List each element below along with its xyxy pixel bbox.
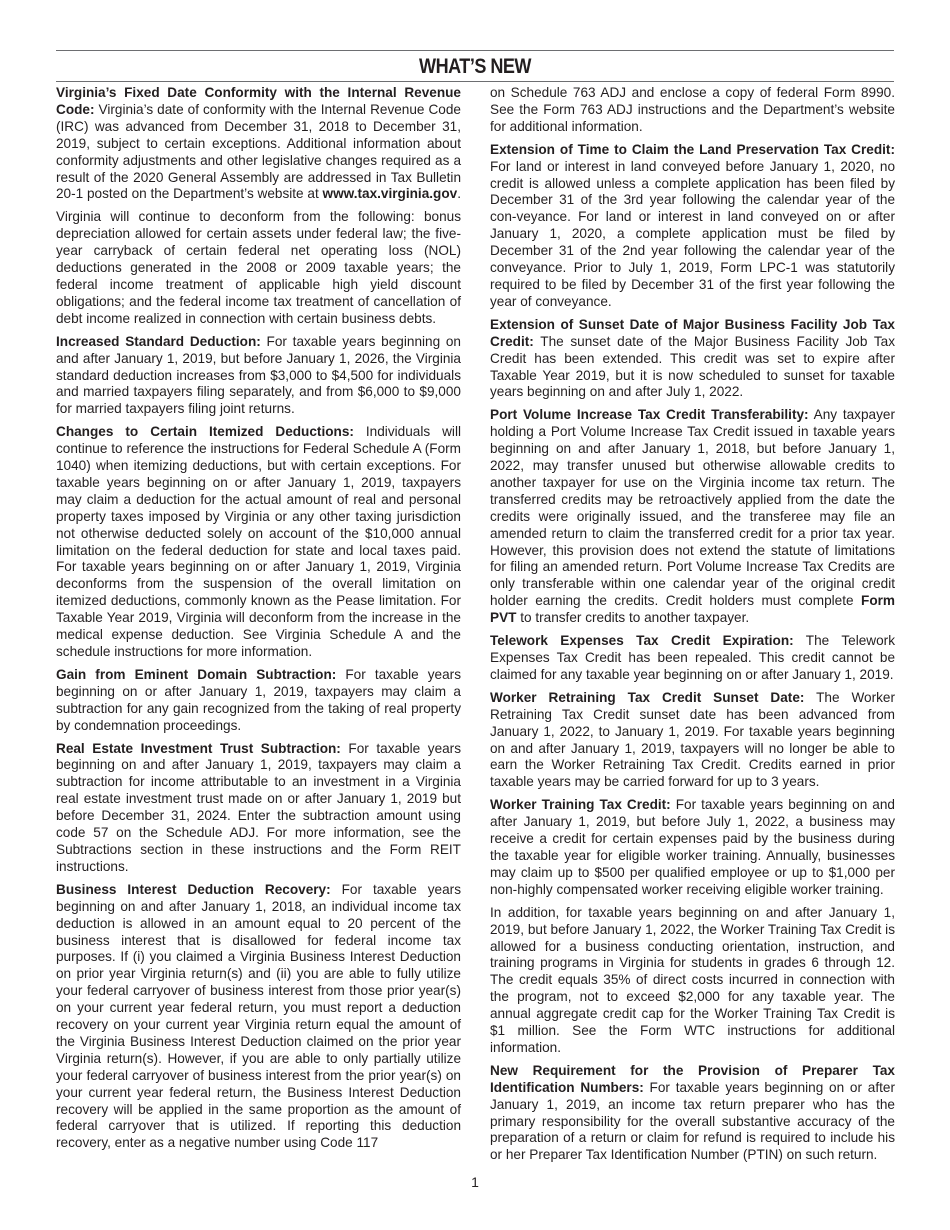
section-port-volume: Port Volume Increase Tax Credit Transfer… bbox=[490, 407, 895, 627]
section-eminent-domain: Gain from Eminent Domain Subtraction: Fo… bbox=[56, 667, 461, 735]
title-divider bbox=[56, 81, 894, 82]
section-heading: Worker Training Tax Credit: bbox=[490, 797, 671, 812]
section-heading: Business Interest Deduction Recovery: bbox=[56, 882, 331, 897]
section-text-tail: . bbox=[457, 186, 461, 201]
section-major-business-facility: Extension of Sunset Date of Major Busine… bbox=[490, 317, 895, 402]
section-business-interest-continued: on Schedule 763 ADJ and enclose a copy o… bbox=[490, 85, 895, 136]
page-title: WHAT’S NEW bbox=[67, 54, 884, 80]
section-worker-retraining: Worker Retraining Tax Credit Sunset Date… bbox=[490, 690, 895, 791]
section-text: Individuals will continue to reference t… bbox=[56, 424, 461, 659]
section-heading: Worker Retraining Tax Credit Sunset Date… bbox=[490, 690, 804, 705]
section-reit-subtraction: Real Estate Investment Trust Subtraction… bbox=[56, 741, 461, 876]
section-text-tail: to transfer credits to another taxpayer. bbox=[516, 610, 749, 625]
section-deconformity-list: Virginia will continue to deconform from… bbox=[56, 209, 461, 327]
section-itemized-deductions: Changes to Certain Itemized Deductions: … bbox=[56, 424, 461, 661]
section-text: The sunset date of the Major Business Fa… bbox=[490, 334, 895, 400]
section-standard-deduction: Increased Standard Deduction: For taxabl… bbox=[56, 334, 461, 419]
section-heading: Gain from Eminent Domain Subtraction: bbox=[56, 667, 336, 682]
right-column: on Schedule 763 ADJ and enclose a copy o… bbox=[490, 85, 895, 1170]
section-heading: Changes to Certain Itemized Deductions: bbox=[56, 424, 354, 439]
section-business-interest: Business Interest Deduction Recovery: Fo… bbox=[56, 882, 461, 1153]
section-telework-expiration: Telework Expenses Tax Credit Expiration:… bbox=[490, 633, 895, 684]
section-text: In addition, for taxable years beginning… bbox=[490, 905, 895, 1055]
section-heading: Increased Standard Deduction: bbox=[56, 334, 261, 349]
page-number: 1 bbox=[0, 1174, 950, 1190]
section-heading: Extension of Time to Claim the Land Pres… bbox=[490, 142, 895, 157]
section-text: on Schedule 763 ADJ and enclose a copy o… bbox=[490, 85, 895, 134]
section-worker-training: Worker Training Tax Credit: For taxable … bbox=[490, 797, 895, 898]
section-heading: Telework Expenses Tax Credit Expiration: bbox=[490, 633, 794, 648]
section-worker-training-addition: In addition, for taxable years beginning… bbox=[490, 905, 895, 1057]
section-ptin-requirement: New Requirement for the Provision of Pre… bbox=[490, 1063, 895, 1164]
section-heading: Port Volume Increase Tax Credit Transfer… bbox=[490, 407, 809, 422]
section-text: Virginia will continue to deconform from… bbox=[56, 209, 461, 325]
section-text: For taxable years beginning on and after… bbox=[56, 882, 461, 1151]
website-link[interactable]: www.tax.virginia.gov bbox=[323, 186, 458, 201]
top-divider bbox=[56, 50, 894, 51]
section-land-preservation: Extension of Time to Claim the Land Pres… bbox=[490, 142, 895, 311]
left-column: Virginia’s Fixed Date Conformity with th… bbox=[56, 85, 461, 1158]
section-text: For taxable years beginning on and after… bbox=[56, 741, 461, 874]
section-text: For land or interest in land conveyed be… bbox=[490, 159, 895, 309]
section-fixed-date-conformity: Virginia’s Fixed Date Conformity with th… bbox=[56, 85, 461, 203]
section-heading: Real Estate Investment Trust Subtraction… bbox=[56, 741, 341, 756]
section-text: Any taxpayer holding a Port Volume Incre… bbox=[490, 407, 895, 608]
